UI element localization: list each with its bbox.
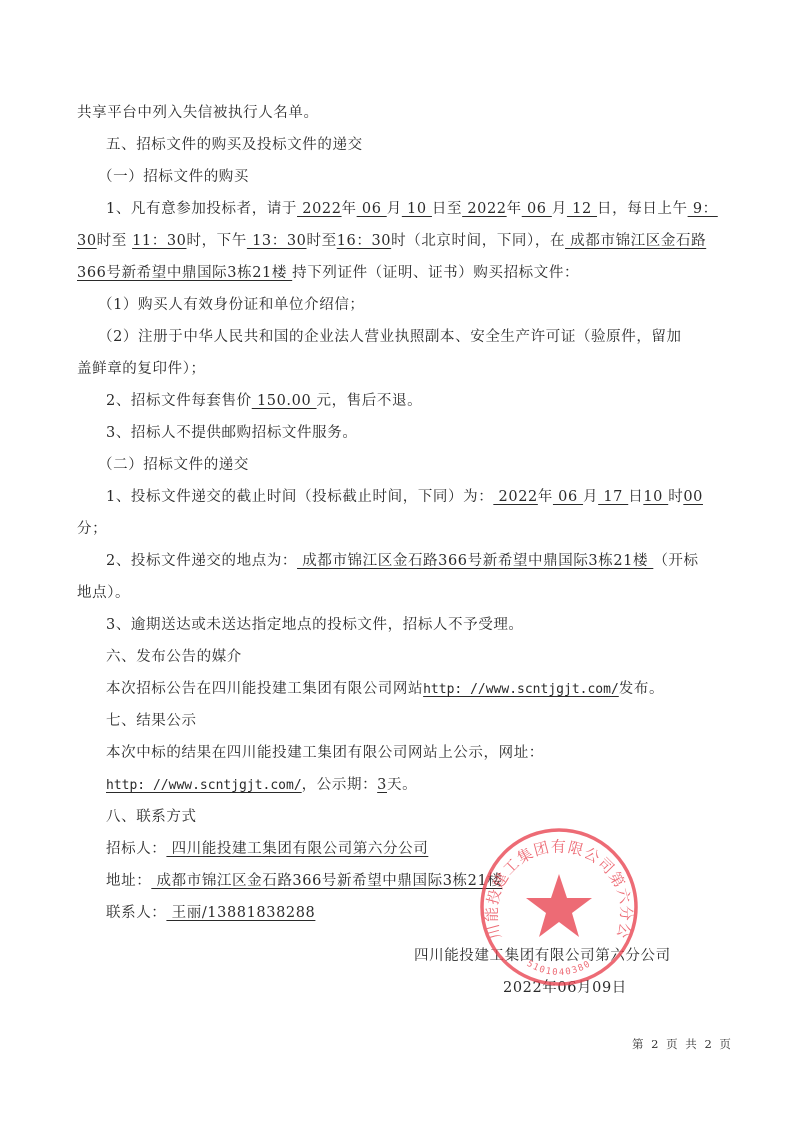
website-link[interactable]: http: //www.scntjgjt.com/ xyxy=(423,682,619,697)
text: 1、凡有意参加投标者，请于 xyxy=(106,201,297,217)
text: 盖鲜章的复印件）； xyxy=(77,361,206,377)
text: 持下列证件（证明、证书）购买招标文件： xyxy=(292,265,579,281)
text: （2）注册于中华人民共和国的企业法人营业执照副本、安全生产许可证（验原件，留加 xyxy=(98,329,682,345)
text: （开标 xyxy=(653,553,698,569)
submission-address: 成都市锦江区金石路366号新希望中鼎国际3栋21楼 xyxy=(297,553,653,569)
text: 元，售后不退。 xyxy=(317,393,423,409)
text: 年 xyxy=(538,489,553,505)
text: 时 xyxy=(668,489,683,505)
address-label: 地址： xyxy=(106,873,151,889)
text: 月 xyxy=(552,201,567,217)
purchase-address: 成都市锦江区金石路 xyxy=(565,233,706,249)
section-heading-7: 七、结果公示 xyxy=(106,711,197,731)
submission-location-cont: 地点）。 xyxy=(77,583,130,603)
purchase-address-line: 366号新希望中鼎国际3栋21楼 持下列证件（证明、证书）购买招标文件： xyxy=(77,263,579,283)
result-website-link[interactable]: http: //www.scntjgjt.com/ xyxy=(106,778,302,793)
page-number: 第 2 页 共 2 页 xyxy=(632,1036,733,1052)
text: 日至 xyxy=(432,201,462,217)
heading-text: 七、结果公示 xyxy=(106,713,197,729)
end-year: 2022 xyxy=(462,201,507,217)
text: 时至 xyxy=(307,233,337,249)
text: 时至 xyxy=(97,233,132,249)
deadline-month: 06 xyxy=(553,489,583,505)
result-publication-line: 本次中标的结果在四川能投建工集团有限公司网站上公示，网址： xyxy=(106,743,544,763)
heading-text: 八、联系方式 xyxy=(106,809,197,825)
text: 时（北京时间，下同），在 xyxy=(391,233,565,249)
text: 月 xyxy=(583,489,598,505)
end-month: 06 xyxy=(522,201,552,217)
text: 3、逾期送达或未送达指定地点的投标文件，招标人不予受理。 xyxy=(106,617,524,633)
signature-company: 四川能投建工集团有限公司第六分公司 xyxy=(414,946,671,966)
text: 天。 xyxy=(387,777,417,793)
text: 年 xyxy=(342,201,357,217)
deadline-minute: 00 xyxy=(683,489,703,505)
text: 本次招标公告在四川能投建工集团有限公司网站 xyxy=(106,681,423,697)
deadline-line: 1、投标文件递交的截止时间（投标截止时间，下同）为： 2022年 06 月 17… xyxy=(106,487,703,507)
deadline-year: 2022 xyxy=(493,489,538,505)
address-value: 成都市锦江区金石路366号新希望中鼎国际3栋21楼 xyxy=(151,873,502,889)
text: 本次中标的结果在四川能投建工集团有限公司网站上公示，网址： xyxy=(106,745,544,761)
requirement-2-cont: 盖鲜章的复印件）； xyxy=(77,359,206,379)
requirement-1: （1）购买人有效身份证和单位介绍信； xyxy=(98,295,365,315)
text: 2、招标文件每套售价 xyxy=(106,393,252,409)
heading-text: 五、招标文件的购买及投标文件的递交 xyxy=(106,137,363,153)
star-icon xyxy=(526,874,592,937)
document-page: 共享平台中列入失信被执行人名单。 五、招标文件的购买及投标文件的递交 （一）招标… xyxy=(0,0,794,1123)
text: 发布。 xyxy=(619,681,664,697)
start-year: 2022 xyxy=(297,201,342,217)
section-heading-8: 八、联系方式 xyxy=(106,807,197,827)
text: 日 xyxy=(628,489,643,505)
text: 2、投标文件递交的地点为： xyxy=(106,553,297,569)
contact-address: 地址： 成都市锦江区金石路366号新希望中鼎国际3栋21楼 xyxy=(106,871,502,891)
text: 1、投标文件递交的截止时间（投标截止时间，下同）为： xyxy=(106,489,493,505)
publicity-days: 3 xyxy=(377,777,387,793)
paragraph-line: 共享平台中列入失信被执行人名单。 xyxy=(77,103,319,123)
no-mail-line: 3、招标人不提供邮购招标文件服务。 xyxy=(106,423,357,443)
heading-text: 六、发布公告的媒介 xyxy=(106,649,242,665)
price-value: 150.00 xyxy=(252,393,317,409)
start-day: 10 xyxy=(402,201,432,217)
contact-person-value: 王丽/13881838288 xyxy=(166,905,315,921)
text: 3、招标人不提供邮购招标文件服务。 xyxy=(106,425,357,441)
morning-start-time-cont: 30 xyxy=(77,233,97,249)
text: 分； xyxy=(77,521,107,537)
text: 日，每日上午 xyxy=(597,201,688,217)
tenderer-label: 招标人： xyxy=(106,841,166,857)
publication-media-line: 本次招标公告在四川能投建工集团有限公司网站http: //www.scntjgj… xyxy=(106,679,664,700)
purchase-address-cont: 366号新希望中鼎国际3栋21楼 xyxy=(77,265,292,281)
subsection-heading-5-2: （二）招标文件的递交 xyxy=(98,455,249,475)
morning-start-time: 9： xyxy=(688,201,718,217)
section-heading-6: 六、发布公告的媒介 xyxy=(106,647,242,667)
section-heading-5: 五、招标文件的购买及投标文件的递交 xyxy=(106,135,363,155)
contact-tenderer: 招标人： 四川能投建工集团有限公司第六分公司 xyxy=(106,839,428,859)
text: 年 xyxy=(507,201,522,217)
text: 时，下午 xyxy=(186,233,246,249)
submission-location-line: 2、投标文件递交的地点为： 成都市锦江区金石路366号新希望中鼎国际3栋21楼 … xyxy=(106,551,699,571)
deadline-day: 17 xyxy=(598,489,628,505)
requirement-2: （2）注册于中华人民共和国的企业法人营业执照副本、安全生产许可证（验原件，留加 xyxy=(98,327,682,347)
afternoon-start-time: 13：30 xyxy=(247,233,307,249)
afternoon-end-time: 16：30 xyxy=(337,233,391,249)
contact-person: 联系人： 王丽/13881838288 xyxy=(106,903,315,923)
text: 月 xyxy=(387,201,402,217)
contact-person-label: 联系人： xyxy=(106,905,166,921)
end-day: 12 xyxy=(567,201,597,217)
late-submission-line: 3、逾期送达或未送达指定地点的投标文件，招标人不予受理。 xyxy=(106,615,524,635)
text: 地点）。 xyxy=(77,585,130,601)
deadline-hour: 10 xyxy=(643,489,668,505)
deadline-line-cont: 分； xyxy=(77,519,107,539)
heading-text: （二）招标文件的递交 xyxy=(98,457,249,473)
subsection-heading-5-1: （一）招标文件的购买 xyxy=(98,167,249,187)
heading-text: （一）招标文件的购买 xyxy=(98,169,249,185)
morning-end-time: 11：30 xyxy=(132,233,186,249)
signature-date: 2022年06月09日 xyxy=(503,978,627,998)
text: ，公示期： xyxy=(302,777,378,793)
price-line: 2、招标文件每套售价 150.00 元，售后不退。 xyxy=(106,391,422,411)
purchase-period-line: 1、凡有意参加投标者，请于 2022年 06 月 10 日至 2022年 06 … xyxy=(106,199,718,219)
start-month: 06 xyxy=(357,201,387,217)
tenderer-value: 四川能投建工集团有限公司第六分公司 xyxy=(166,841,428,857)
text: （1）购买人有效身份证和单位介绍信； xyxy=(98,297,365,313)
purchase-hours-line: 30时至 11：30时，下午 13：30时至16：30时（北京时间，下同），在 … xyxy=(77,231,706,251)
result-url-line: http: //www.scntjgjt.com/，公示期：3天。 xyxy=(106,775,417,796)
text: 共享平台中列入失信被执行人名单。 xyxy=(77,105,319,121)
